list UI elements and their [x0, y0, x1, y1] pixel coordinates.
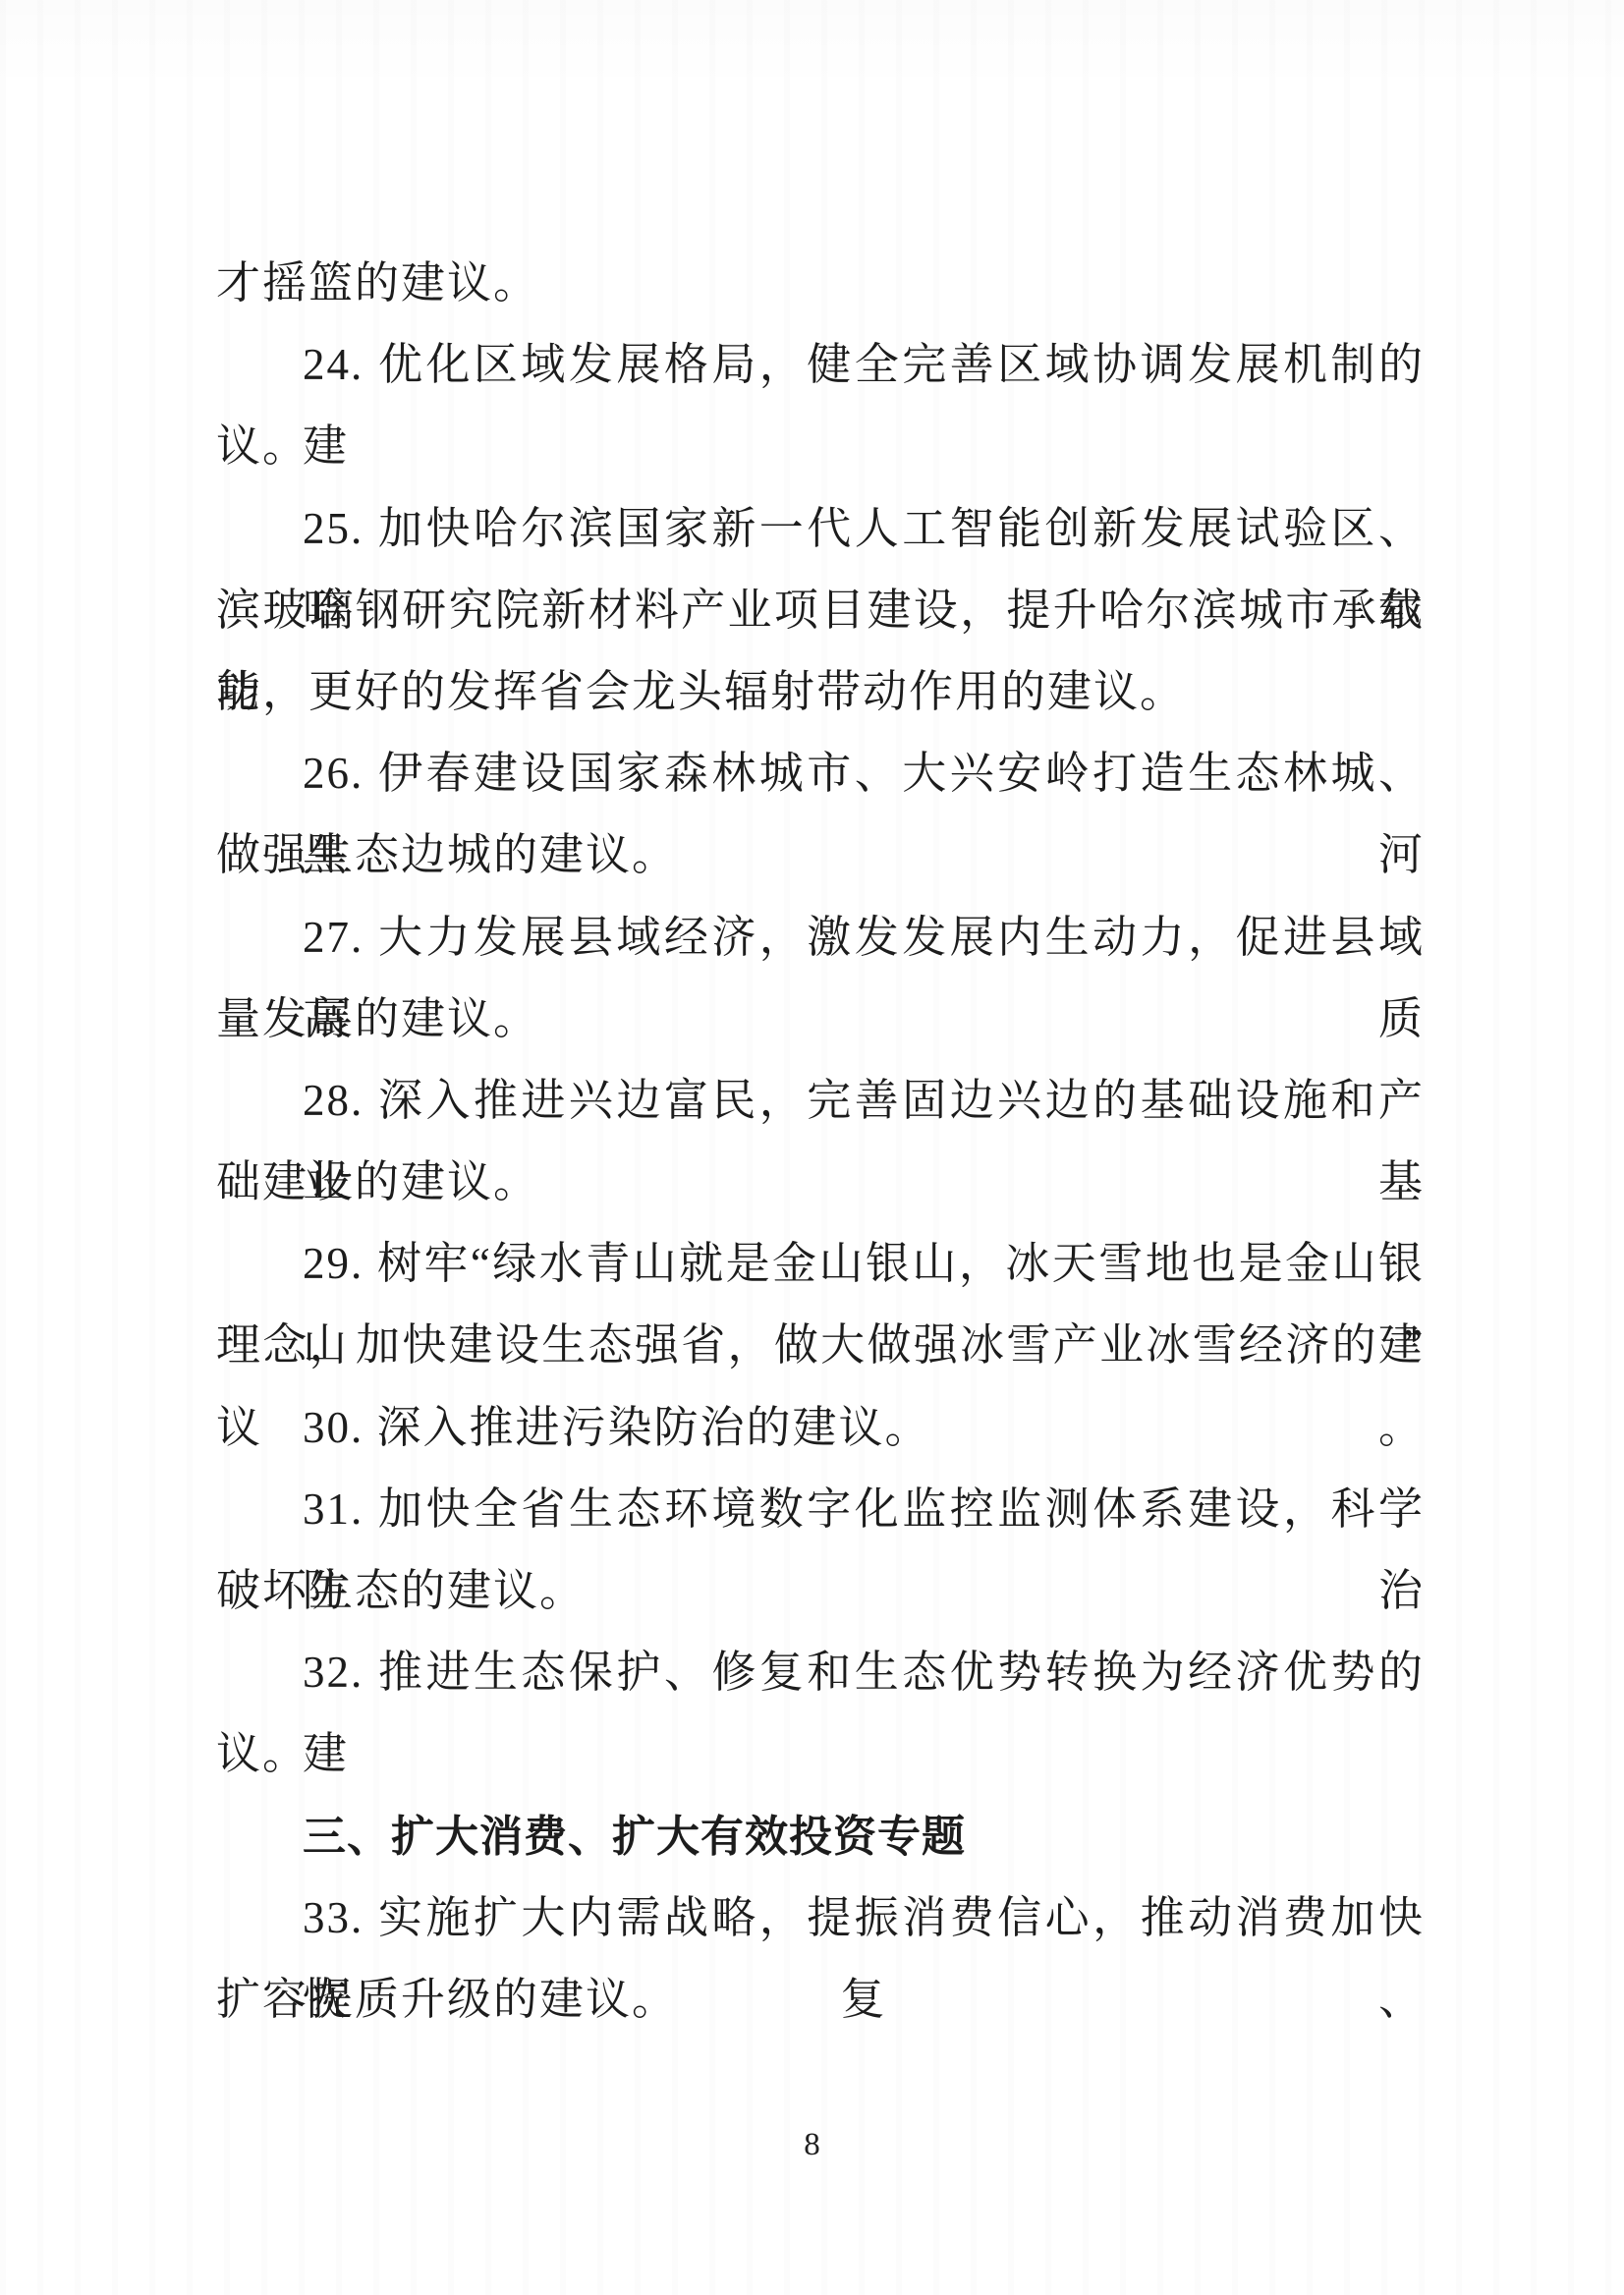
- item-33-line-1: 33. 实施扩大内需战略，提振消费信心，推动消费加快恢复、: [216, 1877, 1425, 1959]
- document-body: 才摇篮的建议。 24. 优化区域发展格局，健全完善区域协调发展机制的建 议。 2…: [216, 243, 1425, 2041]
- item-29-line-2: 理念，加快建设生态强省，做大做强冰雪产业冰雪经济的建议。: [216, 1305, 1425, 1386]
- item-28-line-1: 28. 深入推进兴边富民，完善固边兴边的基础设施和产业基: [216, 1060, 1425, 1142]
- document-page: 才摇篮的建议。 24. 优化区域发展格局，健全完善区域协调发展机制的建 议。 2…: [0, 0, 1624, 2295]
- item-25-line-3: 能，更好的发挥省会龙头辐射带动作用的建议。: [216, 651, 1425, 733]
- item-31-line-1: 31. 加快全省生态环境数字化监控监测体系建设，科学防治: [216, 1469, 1425, 1550]
- item-24-line-1: 24. 优化区域发展格局，健全完善区域协调发展机制的建: [216, 324, 1425, 406]
- item-23-continuation-line: 才摇篮的建议。: [216, 243, 1425, 324]
- item-25-line-2: 滨玻璃钢研究院新材料产业项目建设，提升哈尔滨城市承载功: [216, 570, 1425, 651]
- item-29-line-1: 29. 树牢“绿水青山就是金山银山，冰天雪地也是金山银山”: [216, 1223, 1425, 1305]
- item-26-line-1: 26. 伊春建设国家森林城市、大兴安岭打造生态林城、黑河: [216, 733, 1425, 814]
- item-25-line-1: 25. 加快哈尔滨国家新一代人工智能创新发展试验区、哈尔: [216, 488, 1425, 570]
- item-27-line-1: 27. 大力发展县域经济，激发发展内生动力，促进县域高质: [216, 897, 1425, 979]
- item-32-line-2: 议。: [216, 1713, 1425, 1795]
- page-number: 8: [0, 2125, 1624, 2164]
- item-32-line-1: 32. 推进生态保护、修复和生态优势转换为经济优势的建: [216, 1632, 1425, 1713]
- section-3-heading: 三、扩大消费、扩大有效投资专题: [216, 1796, 1425, 1877]
- item-24-line-2: 议。: [216, 406, 1425, 487]
